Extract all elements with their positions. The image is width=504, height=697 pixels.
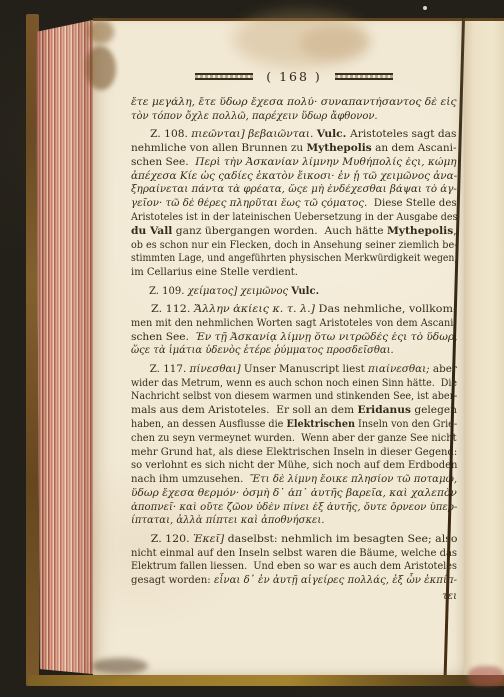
- text-segment: ίπταται, ἀλλὰ πίπτει καὶ ἀποθνήσκει.: [131, 515, 324, 526]
- text-segment: εἶναι δ᾽ ἐν ἀυτῇ αἰγείρες πολλάς, ἐξ ὧν …: [214, 575, 457, 586]
- text-line: im Cellarius eine Stelle verdient.: [131, 266, 298, 280]
- text-segment: Eridanus: [357, 405, 410, 416]
- text-line: ἔτε μεγάλη, ἔτε ὕδωρ ἔχεσα πολύ· συναπαν…: [131, 96, 456, 110]
- text-line: γεῖον· τῶ δὲ θέρες πληρῦται ἕως τῶ ςόματ…: [131, 197, 457, 211]
- text-segment: chen zu seyn vermeynet wurden. Wenn aber…: [131, 433, 457, 444]
- text-segment: mals aus dem Aristoteles. Er soll an dem: [131, 405, 357, 416]
- text-segment: aber: [430, 364, 457, 375]
- text-segment: haben, an dessen Ausflusse die: [131, 419, 286, 430]
- text-segment: ob es schon nur ein Flecken, doch in Ans…: [131, 240, 457, 251]
- text-segment: Mythepolis: [387, 226, 453, 237]
- text-segment: Vulc.: [291, 286, 319, 297]
- text-line: ξηραίνεται πάντα τὰ φρέατα, ὥςε μὴ ἐνδέχ…: [131, 183, 457, 197]
- text-segment: Ἐκεῖ]: [193, 534, 228, 545]
- text-segment: Elektrum fallen liessen. Und eben so war…: [131, 561, 457, 572]
- text-line: ὕδωρ ἔχεσα θερμόν· ὀσμὴ δ᾽ ἀπ᾽ ἀυτῆς βαρ…: [131, 487, 457, 501]
- page-number: ( 168 ): [266, 69, 322, 84]
- text-line: Z. 117. πίνεσθαι] Unser Manuscript liest…: [131, 363, 457, 377]
- book-photo: ( 168 ) ἔτε μεγάλη, ἔτε ὕδωρ ἔχεσα πολύ·…: [0, 0, 504, 697]
- text-segment: Unser Manuscript liest: [244, 364, 368, 375]
- text-segment: Nachricht selbst von diesem warmen und s…: [131, 391, 457, 402]
- text-segment: Diese Stelle des: [374, 198, 457, 209]
- catchword: τει: [131, 591, 457, 602]
- text-line: Aristoteles ist in der lateinischen Uebe…: [131, 211, 457, 225]
- text-line: Z. 112. Ἄλλην ἀκίεις κ. τ. λ.] Das nehml…: [131, 303, 457, 317]
- text-segment: Das nehmliche, vollkom-: [319, 304, 457, 315]
- text-segment: an dem Ascani-: [372, 143, 457, 154]
- text-segment: Inseln von den Grie-: [355, 419, 457, 430]
- text-segment: nach ihm umzusehen.: [131, 474, 250, 485]
- text-line: nehmliche von allen Brunnen zu Mythepoli…: [131, 142, 457, 156]
- text-segment: ganz übergangen worden. Auch hätte: [172, 226, 387, 237]
- text-segment: Z. 112.: [151, 304, 194, 315]
- text-line: Z. 109. χείματος] χειμῶνος Vulc.: [131, 285, 319, 299]
- text-segment: Aristoteles ist in der lateinischen Uebe…: [131, 212, 457, 223]
- text-segment: gesagt worden:: [131, 575, 214, 586]
- text-segment: Z. 120.: [151, 534, 193, 545]
- text-line: schen See. Ἐν τῇ Ἀσκανίᾳ λίμνῃ ὅτω νιτρῶ…: [131, 331, 457, 345]
- text-line: stimmten Lage, und angeführten physische…: [131, 252, 457, 266]
- text-line: ὥςε τὰ ἱμάτια ὐδενὸς ἑτέρε ῥύμματος προσ…: [131, 344, 394, 358]
- text-line: du Vall ganz übergangen worden. Auch hät…: [131, 225, 457, 239]
- header-rule-left: [195, 73, 253, 80]
- text-segment: Ἄλλην ἀκίεις κ. τ. λ.]: [194, 304, 319, 315]
- text-segment: men mit den nehmlichen Worten sagt Arist…: [131, 318, 457, 329]
- text-line: mehr Grund hat, als diese Elektrischen I…: [131, 446, 457, 460]
- text-segment: schen See.: [131, 332, 196, 343]
- text-line: mals aus dem Aristoteles. Er soll an dem…: [131, 404, 457, 418]
- text-line: men mit den nehmlichen Worten sagt Arist…: [131, 317, 457, 331]
- text-segment: πιεῶνται] βεβαιῶνται.: [191, 129, 316, 140]
- text-line: wider das Metrum, wenn es auch schon noc…: [131, 377, 457, 391]
- text-segment: nehmliche von allen Brunnen zu: [131, 143, 306, 154]
- page-text: ἔτε μεγάλη, ἔτε ὕδωρ ἔχεσα πολύ· συναπαν…: [131, 96, 457, 588]
- text-segment: gelegen: [411, 405, 457, 416]
- text-line: Nachricht selbst von diesem warmen und s…: [131, 390, 457, 404]
- book-bottom-edge: [28, 675, 504, 686]
- text-line: gesagt worden: εἶναι δ᾽ ἐν ἀυτῇ αἰγείρες…: [131, 574, 457, 588]
- text-line: Z. 120. Ἐκεῖ] daselbst: nehmlich im besa…: [131, 533, 457, 547]
- underlying-pages-edge: [464, 18, 504, 678]
- text-line: schen See. Περὶ τὴν Ἀσκανίαν λίμνην Μυθή…: [131, 156, 457, 170]
- text-line: ἀπέχεσα Κίε ὡς ςαδίες ἑκατὸν ἔικοσι· ἐν …: [131, 170, 457, 184]
- text-segment: πιαίνεσθαι;: [368, 364, 430, 375]
- header-rule-right: [335, 73, 393, 80]
- text-line: chen zu seyn vermeynet wurden. Wenn aber…: [131, 432, 457, 446]
- text-segment: Vulc.: [317, 129, 350, 140]
- text-line: Z. 108. πιεῶνται] βεβαιῶνται. Vulc. Aris…: [131, 128, 457, 142]
- text-segment: ὥςε τὰ ἱμάτια ὐδενὸς ἑτέρε ῥύμματος προσ…: [131, 345, 394, 356]
- text-segment: Περὶ τὴν Ἀσκανίαν λίμνην Μυθήπολίς ἐςι, …: [195, 157, 456, 168]
- dust-speck: [423, 6, 427, 10]
- text-segment: mehr Grund hat, als diese Elektrischen I…: [131, 447, 457, 458]
- text-segment: so verlohnt es sich nicht der Mühe, sich…: [131, 460, 457, 471]
- text-segment: ,: [453, 226, 456, 237]
- text-segment: im Cellarius eine Stelle verdient.: [131, 267, 298, 278]
- text-line: ἀποπνεῖ· καὶ οὔτε ζῶον ὐδὲν πίνει ἐξ ἀυτ…: [131, 501, 457, 515]
- text-segment: Elektrischen: [286, 419, 355, 430]
- text-segment: Mythepolis: [306, 143, 371, 154]
- text-line: nicht einmal auf den Inseln selbst waren…: [131, 547, 457, 561]
- text-segment: schen See.: [131, 157, 195, 168]
- text-segment: ἀποπνεῖ· καὶ οὔτε ζῶον ὐδὲν πίνει ἐξ ἀυτ…: [131, 502, 457, 513]
- text-segment: Z. 109.: [149, 286, 188, 297]
- text-segment: ὕδωρ ἔχεσα θερμόν· ὀσμὴ δ᾽ ἀπ᾽ ἀυτῆς βαρ…: [131, 488, 457, 499]
- text-segment: ἔτε μεγάλη, ἔτε ὕδωρ ἔχεσα πολύ· συναπαν…: [131, 97, 456, 108]
- text-line: ίπταται, ἀλλὰ πίπτει καὶ ἀποθνήσκει.: [131, 514, 324, 528]
- text-segment: ἀπέχεσα Κίε ὡς ςαδίες ἑκατὸν ἔικοσι· ἐν …: [131, 171, 457, 182]
- text-segment: du Vall: [131, 226, 172, 237]
- text-line: haben, an dessen Ausflusse die Elektrisc…: [131, 418, 457, 432]
- text-segment: ξηραίνεται πάντα τὰ φρέατα, ὥςε μὴ ἐνδέχ…: [131, 184, 457, 195]
- text-segment: daselbst: nehmlich im besagten See; also: [228, 534, 458, 545]
- text-segment: Z. 117.: [150, 364, 190, 375]
- text-segment: wider das Metrum, wenn es auch schon noc…: [131, 378, 457, 389]
- text-segment: Ἐν τῇ Ἀσκανίᾳ λίμνῃ ὅτω νιτρῶδές ἐςι τὸ …: [196, 332, 458, 343]
- text-segment: τὸν τόπον ὄχλε πολλῶ, παρέχειν ὕδωρ ἄφθο…: [131, 111, 378, 122]
- text-line: nach ihm umzusehen. Ἔτι δὲ λίμνη ἔοικε π…: [131, 473, 457, 487]
- text-line: so verlohnt es sich nicht der Mühe, sich…: [131, 459, 457, 473]
- text-segment: nicht einmal auf den Inseln selbst waren…: [131, 548, 457, 559]
- page-fore-edges: [36, 20, 93, 674]
- text-line: τὸν τόπον ὄχλε πολλῶ, παρέχειν ὕδωρ ἄφθο…: [131, 110, 378, 124]
- text-segment: stimmten Lage, und angeführten physische…: [131, 253, 457, 264]
- text-segment: χείματος] χειμῶνος: [188, 286, 292, 297]
- text-segment: πίνεσθαι]: [190, 364, 244, 375]
- text-line: Elektrum fallen liessen. Und eben so war…: [131, 560, 457, 574]
- text-segment: Aristoteles sagt das: [350, 129, 456, 140]
- text-line: ob es schon nur ein Flecken, doch in Ans…: [131, 239, 457, 253]
- text-segment: Z. 108.: [150, 129, 191, 140]
- page-header: ( 168 ): [131, 69, 457, 84]
- text-segment: Ἔτι δὲ λίμνη ἔοικε πλησίον τῶ ποταμῶ,: [250, 474, 457, 485]
- text-segment: γεῖον· τῶ δὲ θέρες πληρῦται ἕως τῶ ςόματ…: [131, 198, 374, 209]
